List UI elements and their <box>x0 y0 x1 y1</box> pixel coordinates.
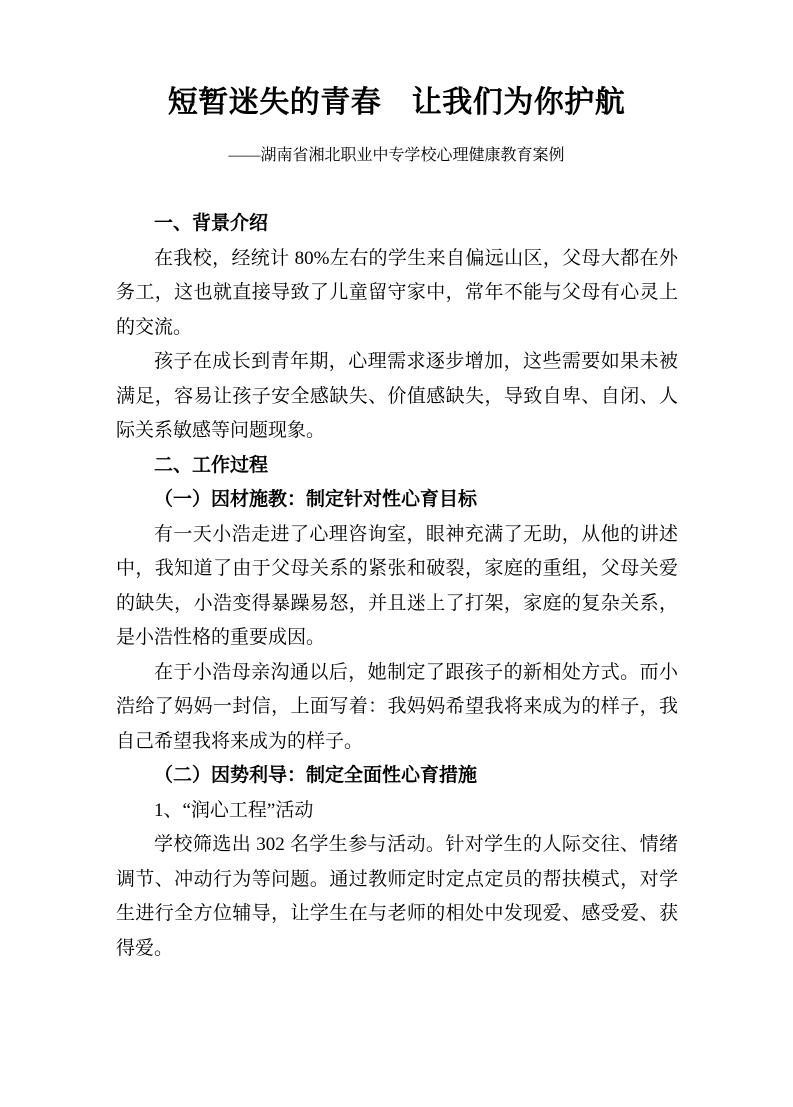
paragraph-case-story-2: 在于小浩母亲沟通以后，她制定了跟孩子的新相处方式。而小浩给了妈妈一封信，上面写着… <box>116 656 678 760</box>
document-page: 短暂迷失的青春 让我们为你护航 ——湖南省湘北职业中专学校心理健康教育案例 一、… <box>0 0 793 1107</box>
paragraph-background-2: 孩子在成长到青年期，心理需求逐步增加，这些需要如果未被满足，容易让孩子安全感缺失… <box>116 345 678 449</box>
section-heading-background: 一、背景介绍 <box>116 207 678 242</box>
subsection-heading-comprehensive-measures: （二）因势利导：制定全面性心育措施 <box>116 759 678 794</box>
paragraph-runxin-project: 学校筛选出 302 名学生参与活动。针对学生的人际交往、情绪调节、冲动行为等问题… <box>116 828 678 966</box>
paragraph-background-1: 在我校，经统计 80%左右的学生来自偏远山区，父母大都在外务工，这也就直接导致了… <box>116 242 678 346</box>
paragraph-case-story-1: 有一天小浩走进了心理咨询室，眼神充满了无助，从他的讲述中，我知道了由于父母关系的… <box>116 518 678 656</box>
document-title: 短暂迷失的青春 让我们为你护航 <box>60 85 733 121</box>
document-subtitle: ——湖南省湘北职业中专学校心理健康教育案例 <box>60 145 733 167</box>
document-body: 一、背景介绍 在我校，经统计 80%左右的学生来自偏远山区，父母大都在外务工，这… <box>116 207 678 966</box>
subsection-heading-targeted-goals: （一）因材施教：制定针对性心育目标 <box>116 483 678 518</box>
item-heading-runxin-project: 1、“润心工程”活动 <box>116 794 678 829</box>
section-heading-work-process: 二、工作过程 <box>116 449 678 484</box>
